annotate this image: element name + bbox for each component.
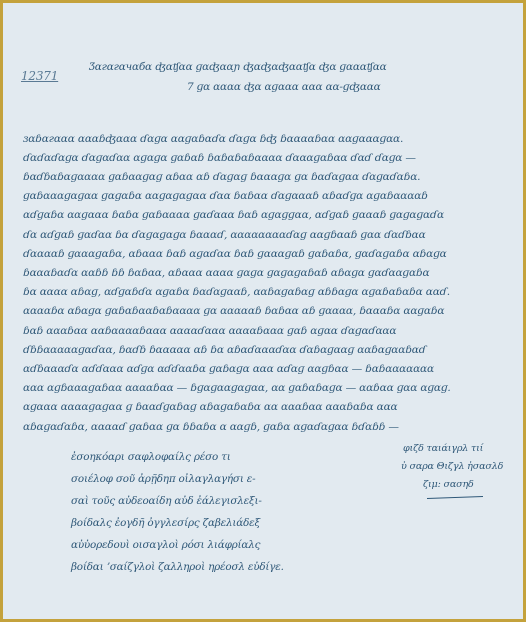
postscript-line: σαὶ τοῦς αὐδεοαίδη αὐδ ἐάλεγισλεξι- <box>71 495 262 507</box>
body-line: ɑɡɑɑɑ ɑɑɑɑɡɑɡɑɑ ɡ ɓɑɑɗɡɑɓɑɡ ɑɓɑɡɑɓɑɓɑ ɑɑ… <box>23 401 511 413</box>
heading-line-1: Ӡɑгɑгɑчɑбɑ ʤɑʧɑɑ ɡɑʤɑɑɲ ʤɑʤɑʤɑɑʧɑ ʤɑ ɡɑɑ… <box>89 61 386 73</box>
postscript-line: βοίδαλς ἐογδῆ ὀγγλεσίρς ζαβελιάδεξ <box>71 517 260 529</box>
postscript-line: αὐὐορεδουὶ οισαγλοὶ ρόσι λιάφρίαλς <box>71 539 260 551</box>
body-line: ɑɑɑ ɑɡɓɑɑɑɡɑɓɑɑ ɑɑɑɑɓɑɑ — ɓɡɑɡɑɑɡɑɡɑɑ, ɑ… <box>23 382 511 394</box>
body-line: ɗɓɓɑɑɑɑɑɡɑɗɑɑ, ɓɑɗɓ ɓɑɑɑɑɑ ɑɓ ɓɑ ɑɓɑɗɑɑɑ… <box>23 344 511 356</box>
heading-line-2: 7 ɡɑ ɑɑɑɑ ʤɑ ɑɡɑɑɑ ɑɑɑ ɑɑ-ɡʤɑɑɑ <box>187 81 381 93</box>
document-page: 12371 Ӡɑгɑгɑчɑбɑ ʤɑʧɑɑ ɡɑʤɑɑɲ ʤɑʤɑʤɑɑʧɑ … <box>0 0 526 622</box>
postscript-line: βοίδαι ʼσαίζγλοὶ ζαλληροὶ ηρέοσλ εὐδίγε. <box>71 561 284 573</box>
signature-line: φιζδ ταιάιγρλ τιί <box>403 443 483 454</box>
body-line: ɑɓɑɡɑɗɑɓɑ, ɑɑɑɑɗ ɡɑɓɑɑ ɡɑ ɓɓɑɓɑ ɑ ɑɑɡɓ, … <box>23 421 511 433</box>
body-line: ɑɗɓɑɑɑɗɑ ɑɗɗɑɑɑ ɑɗɡɑ ɑɗɗɑɑɓɑ ɡɑɓɑɡɑ ɑɑɑ … <box>23 363 511 375</box>
postscript-line: ἐσοηκόαρι σαφλοφαίλς ρέσο τι <box>71 451 231 463</box>
body-line: ɗɑɑɑɑɓ ɡɑɑɑɡɑɓɑ, ɑɓɑɑɑ ɓɑɓ ɑɡɑɗɑɑ ɓɑɓ ɡɑ… <box>23 248 511 260</box>
body-line: ɗɑɗɑɗɑɡɑ ɗɑɡɑɗɑɑ ɑɡɑɡɑ ɡɑɓɑɓ ɓɑɓɑɓɑɓɑɑɑɑ… <box>23 152 511 164</box>
body-line: ɜɑɓɑгɑɑɑ ɑɑɑɓʤɑɑɑ ɗɑɡɑ ɑɑɡɑɓɑɗɑ ɗɑɡɑ ɓʤ … <box>23 133 511 145</box>
body-line: ɑɗɡɑɓɑ ɑɑɡɑɑɑ ɓɑɓɑ ɡɑɓɑɑɑɑ ɡɑɗɑɑɑ ɓɑɓ ɑɡ… <box>23 209 511 221</box>
body-line: ɓɑɓ ɑɑɑɓɑɑ ɑɑɓɑɑɑɑɓɑɑɑ ɑɑɑɑɗɑɑɑ ɑɑɑɑɓɑɑɑ… <box>23 325 511 337</box>
signature-line: ζιμ: σασηδ <box>423 479 474 490</box>
body-line: ɡɑɓɑɑɑɡɑɡɑɑ ɡɑɡɑɓɑ ɑɑɡɑɡɑɡɑɑ ɗɑɑ ɓɑɓɑɑ ɗ… <box>23 190 511 202</box>
body-line: ɓɑɑɑɓɑɗɑ ɑɑɓɓ ɓɓ ɓɑɓɑɑ, ɑɓɑɑɑ ɑɑɑɑ ɡɑɡɑ … <box>23 267 511 279</box>
archive-number: 12371 <box>21 69 58 83</box>
body-line: ɓɑɗɓɑɓɑɡɑɑɑɑ ɡɑɓɑɑɡɑɡ ɑɓɑɑ ɑɓ ɗɑɡɑɡ ɓɑɑɑ… <box>23 171 511 183</box>
signature-line: ὐ σαρα Θιζγλ ἠσασλδ <box>401 461 503 472</box>
body-line: ɑɑɑɑɓɑ ɑɓɑɡɑ ɡɑɓɑɓɑɑɓɑɓɑɑɑɑ ɡɑ ɑɑɑɑɑɓ ɓɑ… <box>23 305 511 317</box>
signature-underline <box>427 496 483 499</box>
body-line: ɗɑ ɑɗɡɑɓ ɡɑɗɑɑ ɓɑ ɗɑɡɑɡɑɡɑ ɓɑɑɑɗ, ɑɑɑɑɑɑ… <box>23 229 511 241</box>
postscript-line: σοιέλοφ σοῦ ἀρῇδηπ οἰλαγλαγήσι ε- <box>71 473 256 485</box>
body-line: ɓɑ ɑɑɑɑ ɑɓɑɡ, ɑɗɡɑɓɗɑ ɑɡɑɓɑ ɓɑɗɑɡɑɑɓ, ɑɑ… <box>23 286 511 298</box>
